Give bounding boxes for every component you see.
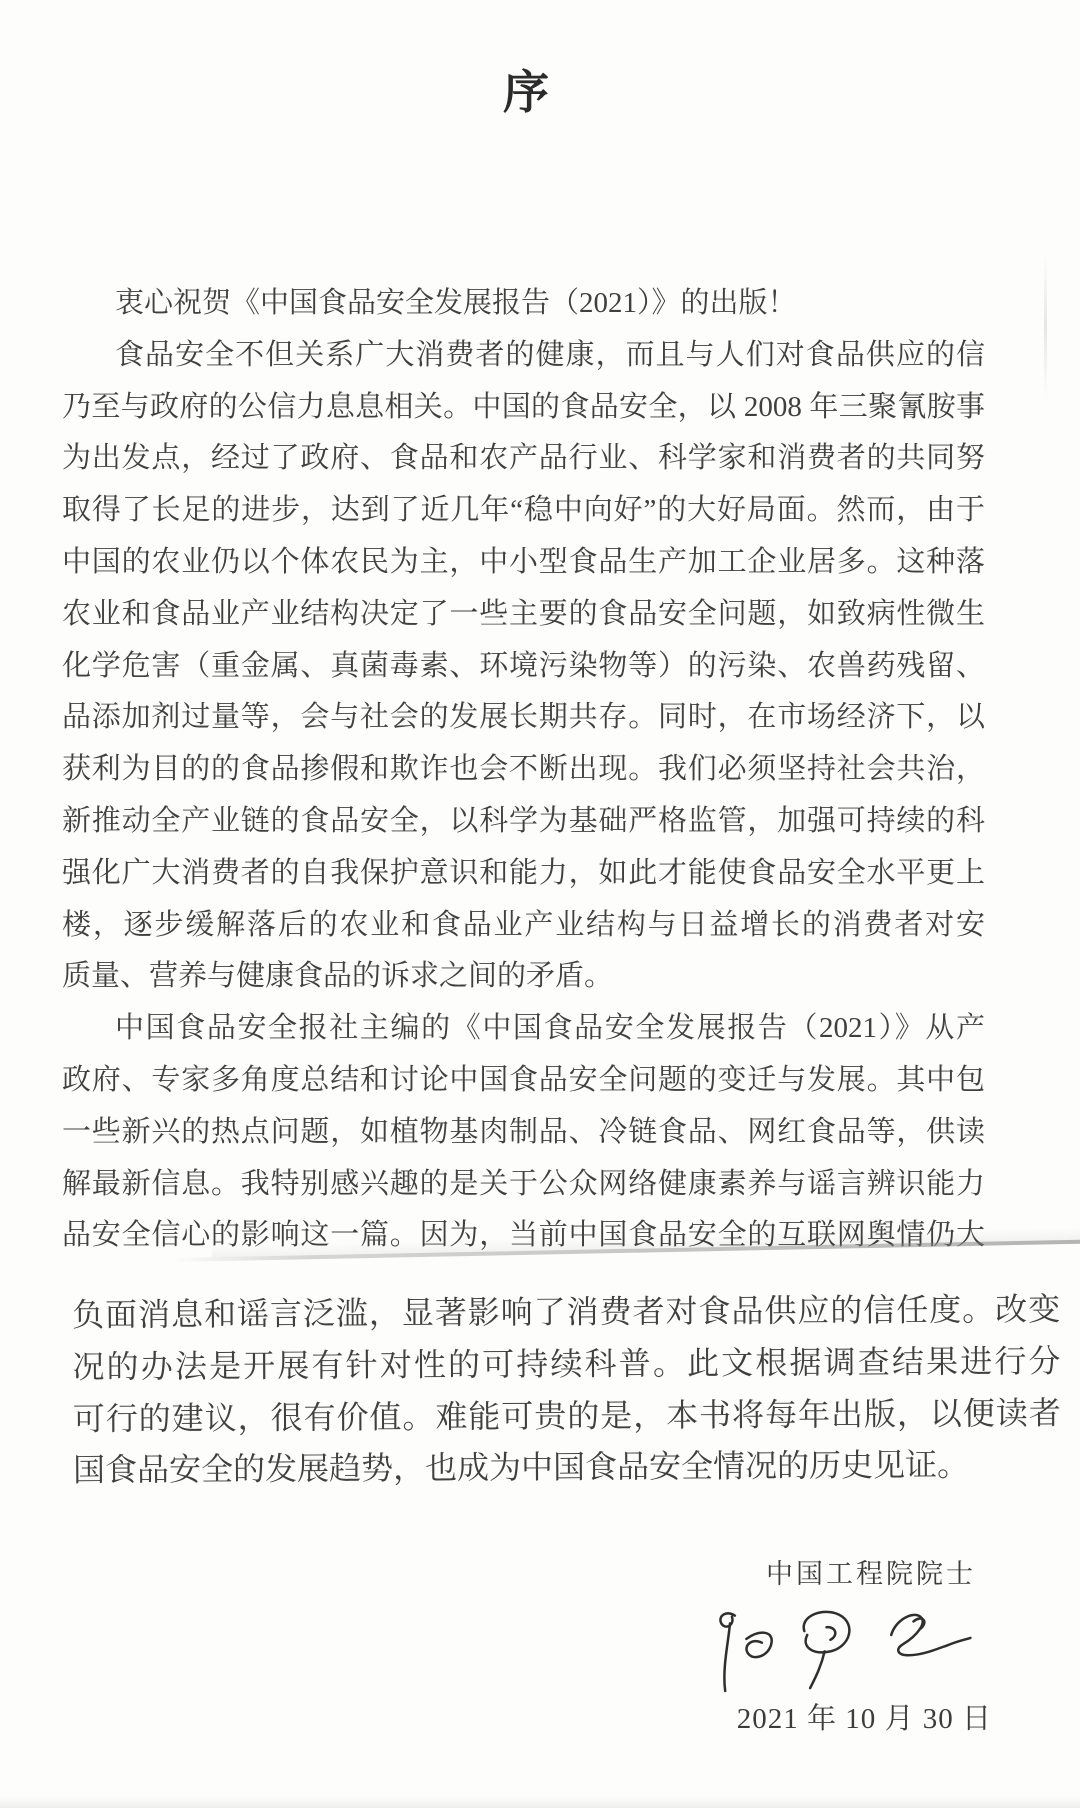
text-line: 中国的农业仍以个体农民为主，中小型食品生产加工企业居多。这种落后的 [62,537,985,589]
scan-edge-artifact [1044,255,1047,400]
preface-body-page2: 负面消息和谣言泛滥，显著影响了消费者对食品供应的信任度。改变这种状况的办法是开展… [72,1284,1061,1497]
text-line: 衷心祝贺《中国食品安全发展报告（2021）》的出版！ [62,278,985,330]
signature-block: 中国工程院院士 2021 年 10 月 30 日 [688,1556,992,1739]
scan-bottom-shadow [0,1796,1080,1808]
text-line: 况的办法是开展有针对性的可持续科普。此文根据调查结果进行分析，提出 [72,1336,1060,1394]
text-line: 农业和食品业产业结构决定了一些主要的食品安全问题，如致病性微生物和 [62,589,985,641]
text-line: 解最新信息。我特别感兴趣的是关于公众网络健康素养与谣言辨识能力对食 [62,1159,985,1211]
text-line: 一些新兴的热点问题，如植物基肉制品、冷链食品、网红食品等，供读者了 [62,1107,985,1159]
text-line: 可行的建议，很有价值。难能可贵的是，本书将每年出版，以便读者了解中 [73,1388,1061,1446]
handwritten-signature [702,1600,982,1697]
text-line: 中国食品安全报社主编的《中国食品安全发展报告（2021）》从产业、 [62,1003,985,1055]
text-line: 为出发点，经过了政府、食品和农产品行业、科学家和消费者的共同努力， [62,433,985,485]
text-line: 政府、专家多角度总结和讨论中国食品安全问题的变迁与发展。其中包含了 [62,1055,985,1107]
text-line: 获利为目的的食品掺假和欺诈也会不断出现。我们必须坚持社会共治，以创 [62,744,985,796]
text-line: 乃至与政府的公信力息息相关。中国的食品安全，以 2008 年三聚氰胺事件 [62,382,985,434]
text-line: 质量、营养与健康食品的诉求之间的矛盾。 [62,951,985,1003]
text-line: 化学危害（重金属、真菌毒素、环境污染物等）的污染、农兽药残留、食 [62,641,985,693]
page-title: 序 [0,56,1067,122]
text-line: 国食品安全的发展趋势，也成为中国食品安全情况的历史见证。 [73,1439,1061,1497]
signature-date: 2021 年 10 月 30 日 [688,1699,992,1739]
scanned-page: 序 衷心祝贺《中国食品安全发展报告（2021）》的出版！食品安全不但关系广大消费… [0,0,1080,1808]
preface-body-page1: 衷心祝贺《中国食品安全发展报告（2021）》的出版！食品安全不但关系广大消费者的… [62,278,985,1262]
text-line: 品添加剂过量等，会与社会的发展长期共存。同时，在市场经济下，以非法 [62,692,985,744]
text-line: 食品安全不但关系广大消费者的健康，而且与人们对食品供应的信任， [62,330,985,382]
signature-role: 中国工程院院士 [688,1556,992,1592]
text-line: 新推动全产业链的食品安全，以科学为基础严格监管，加强可持续的科普， [62,796,985,848]
text-line: 楼，逐步缓解落后的农业和食品业产业结构与日益增长的消费者对安全、高 [62,900,985,952]
text-line: 强化广大消费者的自我保护意识和能力，如此才能使食品安全水平更上一层 [62,848,985,900]
text-line: 负面消息和谣言泛滥，显著影响了消费者对食品供应的信任度。改变这种状 [72,1284,1060,1342]
text-line: 取得了长足的进步，达到了近几年“稳中向好”的大好局面。然而，由于 [62,485,985,537]
